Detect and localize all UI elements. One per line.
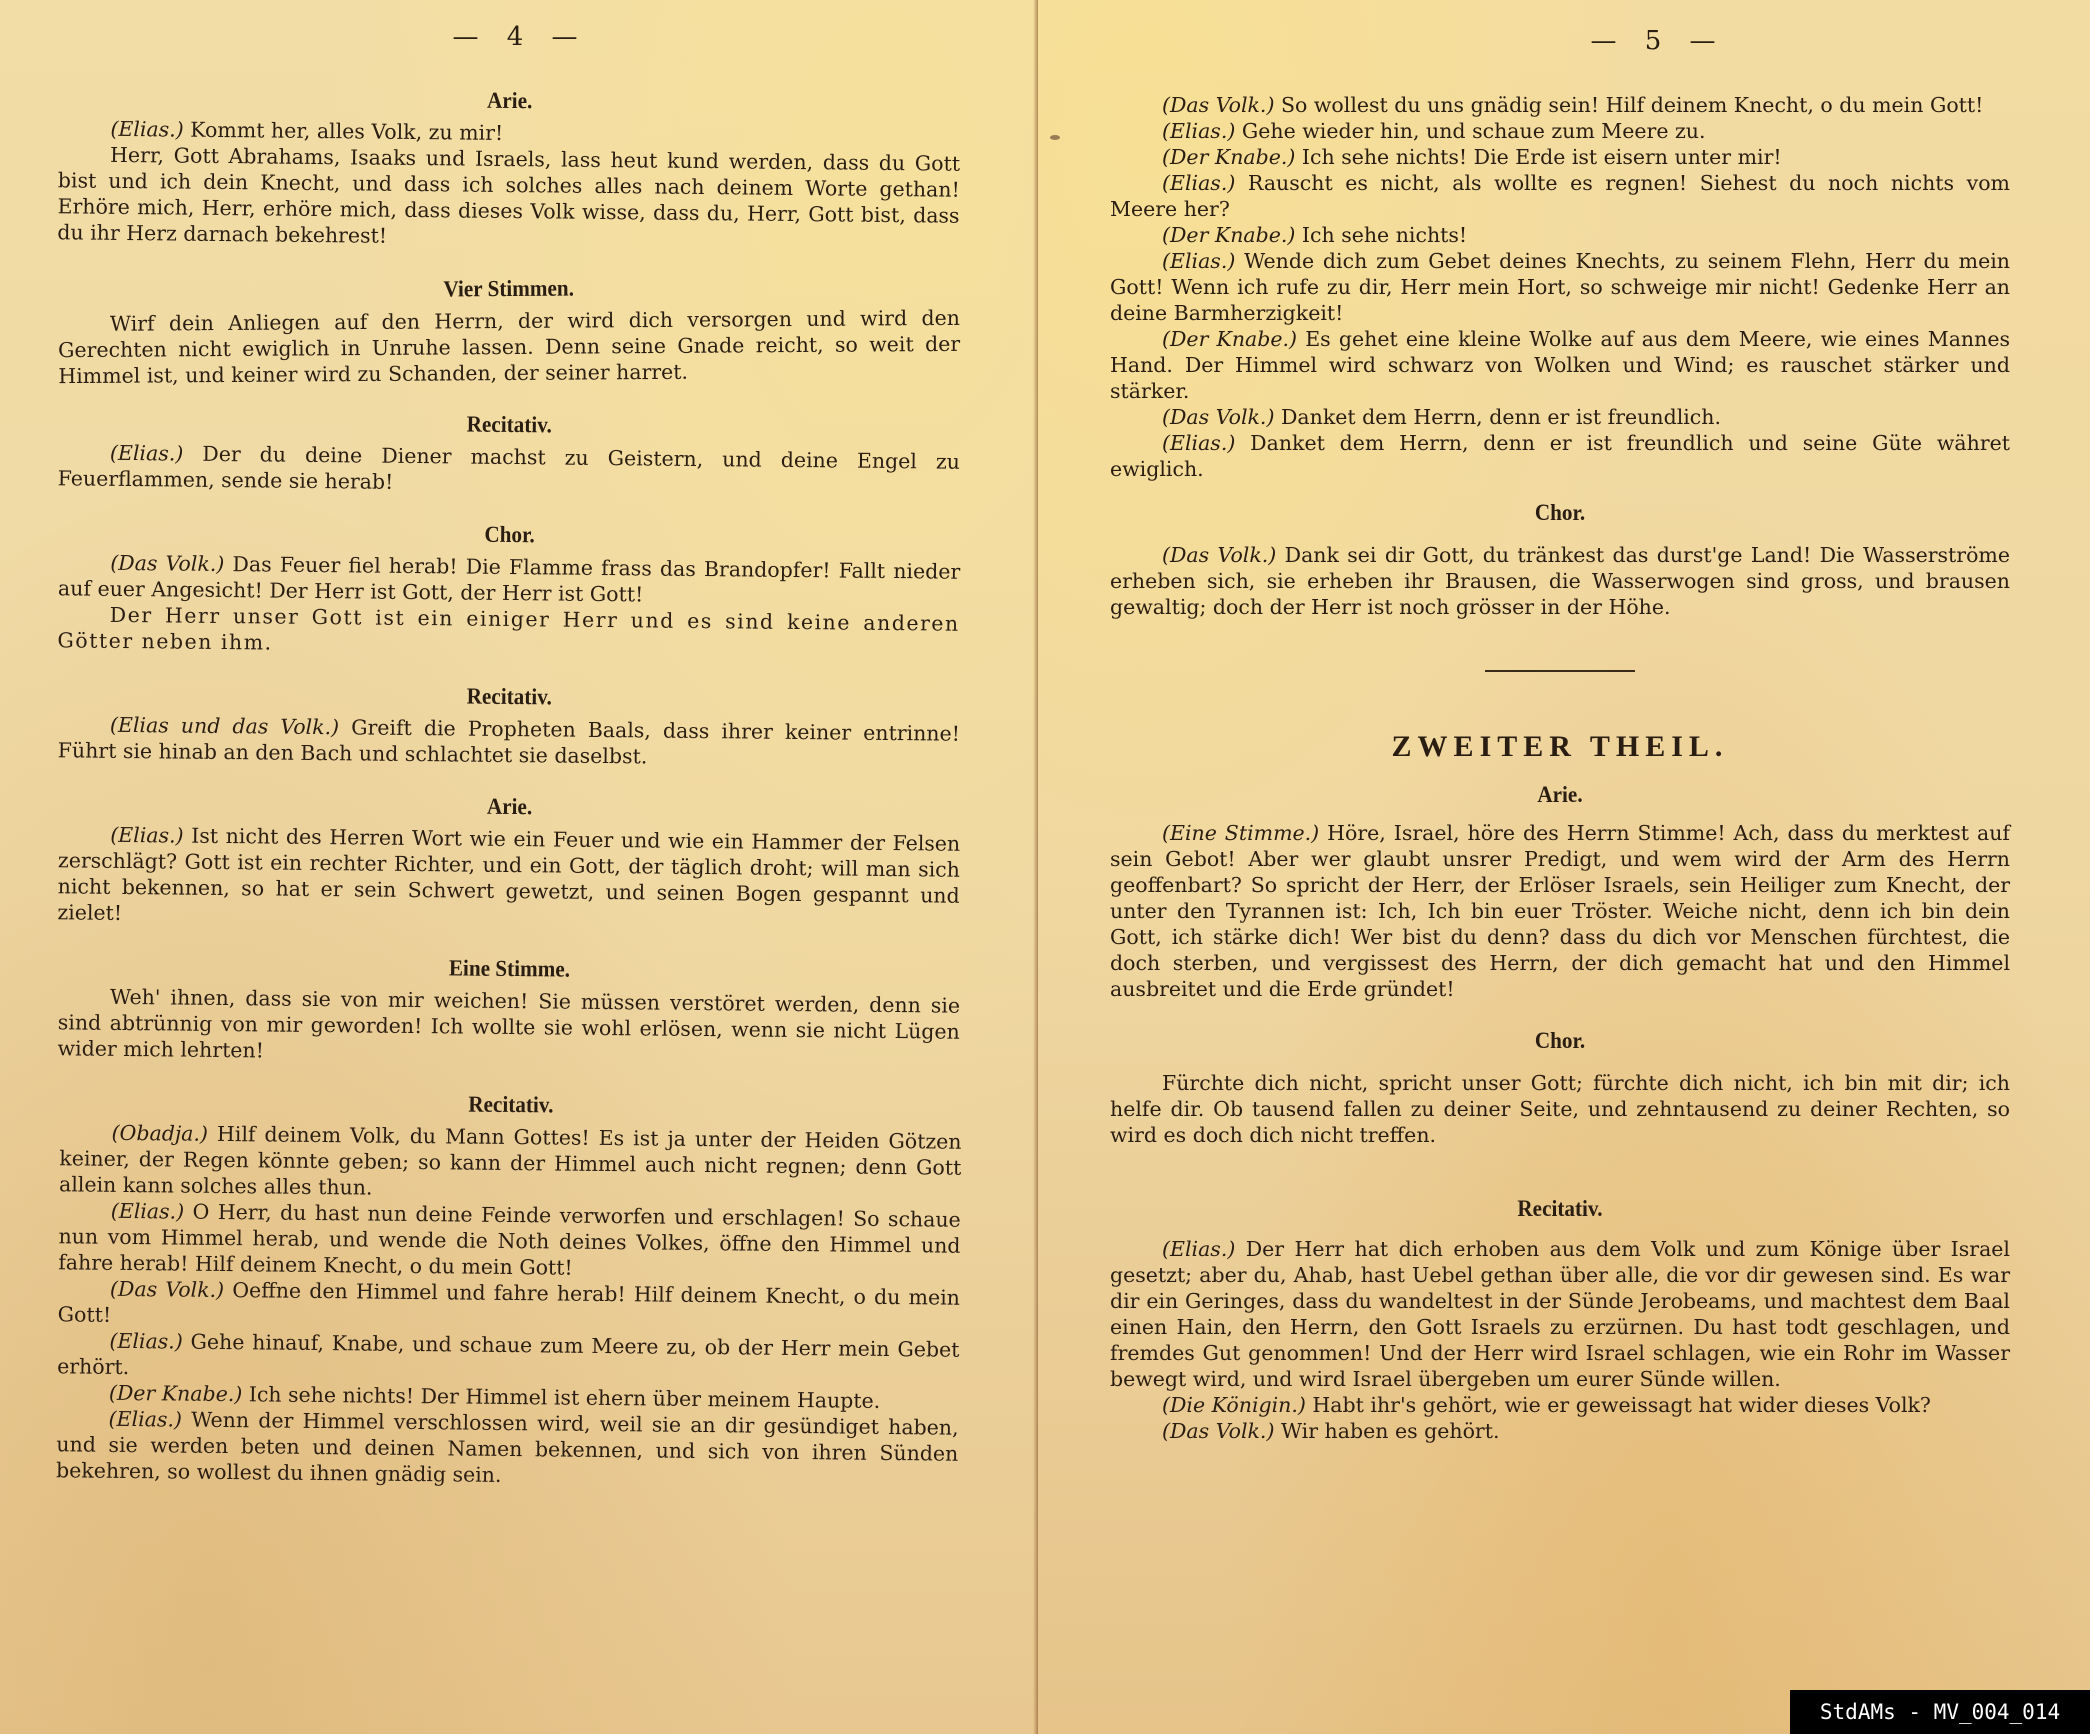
paragraph: (Elias.) Rauscht es nicht, als wollte es… bbox=[1110, 170, 2010, 222]
paragraph: (Das Volk.) Oeffne den Himmel und fahre … bbox=[58, 1275, 960, 1336]
paragraph-text: Herr, Gott Abrahams, Isaaks und Israels,… bbox=[57, 143, 960, 248]
paragraph-text: Habt ihr's gehört, wie er geweissagt hat… bbox=[1306, 1393, 1931, 1417]
paragraph: (Elias.) Wenn der Himmel verschlossen wi… bbox=[56, 1405, 959, 1492]
speaker-label: (Elias.) bbox=[1162, 1237, 1235, 1261]
speaker-label: (Elias.) bbox=[110, 441, 184, 466]
section-continued-dialogue: (Das Volk.) So wollest du uns gnädig sei… bbox=[1110, 92, 2010, 482]
section-vier-stimmen: Vier Stimmen. Wirf dein Anliegen auf den… bbox=[58, 273, 961, 389]
paragraph: (Elias.) Der Herr hat dich erhoben aus d… bbox=[1110, 1236, 2010, 1392]
paragraph-text: Danket dem Herrn, denn er ist freundlich… bbox=[1274, 405, 1721, 429]
paragraph-text: Rauscht es nicht, als wollte es regnen! … bbox=[1110, 171, 2010, 221]
paragraph-text: Weh' ihnen, dass sie von mir weichen! Si… bbox=[57, 985, 960, 1063]
paragraph-text: Der Herr hat dich erhoben aus dem Volk u… bbox=[1110, 1237, 2010, 1391]
paragraph-text: Höre, Israel, höre des Herrn Stimme! Ach… bbox=[1110, 821, 2010, 1001]
ink-spot bbox=[1050, 135, 1060, 140]
paragraph-text: Wirf dein Anliegen auf den Herrn, der wi… bbox=[58, 306, 960, 388]
speaker-label: (Das Volk.) bbox=[110, 551, 224, 576]
section-heading: Recitativ. bbox=[1146, 1196, 1974, 1222]
section-recitativ-3: Recitativ. (Obadja.) Hilf deinem Volk, d… bbox=[56, 1087, 962, 1492]
section-chor-1: Chor. (Das Volk.) Das Feuer fiel herab! … bbox=[57, 517, 960, 662]
speaker-label: (Das Volk.) bbox=[110, 1277, 224, 1302]
paragraph: Der Herr unser Gott ist ein einiger Herr… bbox=[57, 601, 959, 662]
paragraph-text: Der du deine Diener machst zu Geistern, … bbox=[58, 442, 960, 494]
paragraph: (Das Volk.) Dank sei dir Gott, du tränke… bbox=[1110, 542, 2010, 620]
paragraph: (Elias.) Gehe hinauf, Knabe, und schaue … bbox=[57, 1327, 959, 1388]
speaker-label: (Elias.) bbox=[1162, 171, 1235, 195]
right-page-text: (Das Volk.) So wollest du uns gnädig sei… bbox=[1110, 92, 2010, 1470]
section-chor-dank: Chor. (Das Volk.) Dank sei dir Gott, du … bbox=[1110, 500, 2010, 620]
section-heading: Vier Stimmen. bbox=[94, 273, 924, 305]
paragraph: (Der Knabe.) Es gehet eine kleine Wolke … bbox=[1110, 326, 2010, 404]
paragraph-text: So wollest du uns gnädig sein! Hilf dein… bbox=[1274, 93, 1983, 117]
section-eine-stimme: Eine Stimme. Weh' ihnen, dass sie von mi… bbox=[57, 951, 960, 1070]
paragraph-text: Danket dem Herrn, denn er ist freundlich… bbox=[1110, 431, 2010, 481]
paragraph: (Elias.) O Herr, du hast nun deine Feind… bbox=[58, 1197, 961, 1284]
archive-watermark-label: StdAMs - MV_004_014 bbox=[1790, 1690, 2090, 1734]
paragraph-text: Gehe wieder hin, und schaue zum Meere zu… bbox=[1235, 119, 1705, 143]
section-chor-fuerchte: Chor. Fürchte dich nicht, spricht unser … bbox=[1110, 1028, 2010, 1148]
speaker-label: (Der Knabe.) bbox=[109, 1381, 243, 1406]
right-page: — 5 — (Das Volk.) So wollest du uns gnäd… bbox=[1038, 0, 2090, 1734]
paragraph: (Das Volk.) Wir haben es gehört. bbox=[1110, 1418, 2010, 1444]
left-page: — 4 — Arie. (Elias.) Kommt her, alles Vo… bbox=[0, 0, 1038, 1734]
section-recitativ-2: Recitativ. (Elias und das Volk.) Greift … bbox=[58, 679, 961, 772]
paragraph: (Der Knabe.) Ich sehe nichts! bbox=[1110, 222, 2010, 248]
section-heading: Recitativ. bbox=[94, 680, 924, 715]
page-number-left: — 4 — bbox=[420, 22, 620, 52]
speaker-label: (Elias.) bbox=[1162, 119, 1235, 143]
paragraph-text: Fürchte dich nicht, spricht unser Gott; … bbox=[1110, 1071, 2010, 1147]
speaker-label: (Elias.) bbox=[1162, 249, 1235, 273]
paragraph: (Elias.) Danket dem Herrn, denn er ist f… bbox=[1110, 430, 2010, 482]
part-title: ZWEITER THEIL. bbox=[1110, 734, 2010, 760]
paragraph: (Elias.) Der du deine Diener machst zu G… bbox=[58, 439, 960, 500]
section-heading: Eine Stimme. bbox=[94, 952, 924, 987]
paragraph: (Elias.) Wende dich zum Gebet deines Kne… bbox=[1110, 248, 2010, 326]
speaker-label: (Elias.) bbox=[110, 117, 184, 142]
paragraph-text: Ich sehe nichts! Die Erde ist eisern unt… bbox=[1295, 145, 1781, 169]
speaker-label: (Das Volk.) bbox=[1162, 1419, 1274, 1443]
section-heading: Chor. bbox=[95, 518, 925, 553]
paragraph: Weh' ihnen, dass sie von mir weichen! Si… bbox=[57, 983, 960, 1070]
section-recitativ-ahab: Recitativ. (Elias.) Der Herr hat dich er… bbox=[1110, 1196, 2010, 1444]
section-arie-1: Arie. (Elias.) Kommt her, alles Volk, zu… bbox=[57, 83, 961, 254]
paragraph-text: Wir haben es gehört. bbox=[1274, 1419, 1499, 1443]
book-spread: — 4 — Arie. (Elias.) Kommt her, alles Vo… bbox=[0, 0, 2090, 1734]
speaker-label: (Elias und das Volk.) bbox=[110, 713, 339, 739]
paragraph: Fürchte dich nicht, spricht unser Gott; … bbox=[1110, 1070, 2010, 1148]
section-heading: Chor. bbox=[1146, 500, 1974, 526]
section-recitativ-1: Recitativ. (Elias.) Der du deine Diener … bbox=[58, 407, 961, 500]
section-heading: Recitativ. bbox=[94, 408, 924, 443]
paragraph: Herr, Gott Abrahams, Isaaks und Israels,… bbox=[57, 141, 960, 254]
paragraph: (Elias und das Volk.) Greift die Prophet… bbox=[58, 711, 960, 772]
speaker-label: (Elias.) bbox=[109, 1407, 183, 1432]
section-heading: Recitativ. bbox=[96, 1088, 926, 1123]
speaker-label: (Der Knabe.) bbox=[1162, 327, 1297, 351]
section-divider bbox=[1485, 670, 1635, 672]
paragraph: (Eine Stimme.) Höre, Israel, höre des He… bbox=[1110, 820, 2010, 1002]
paragraph-text: Wenn der Himmel verschlossen wird, weil … bbox=[56, 1408, 959, 1487]
paragraph: (Der Knabe.) Ich sehe nichts! Die Erde i… bbox=[1110, 144, 2010, 170]
section-heading: Arie. bbox=[1146, 782, 1974, 808]
speaker-label: (Das Volk.) bbox=[1162, 405, 1274, 429]
paragraph-text: Der Herr unser Gott ist ein einiger Herr… bbox=[57, 603, 959, 655]
paragraph: (Das Volk.) Danket dem Herrn, denn er is… bbox=[1110, 404, 2010, 430]
speaker-label: (Das Volk.) bbox=[1162, 543, 1276, 567]
section-arie-2: Arie. (Elias.) Ist nicht des Herren Wort… bbox=[57, 789, 960, 934]
speaker-label: (Elias.) bbox=[111, 1199, 185, 1224]
paragraph-text: Kommt her, alles Volk, zu mir! bbox=[184, 118, 504, 145]
section-heading: Arie. bbox=[95, 790, 925, 825]
paragraph: (Elias.) Gehe wieder hin, und schaue zum… bbox=[1110, 118, 2010, 144]
paragraph: (Das Volk.) Das Feuer fiel herab! Die Fl… bbox=[58, 549, 960, 610]
section-heading: Chor. bbox=[1146, 1028, 1974, 1054]
section-heading: Arie. bbox=[95, 84, 925, 119]
paragraph: (Die Königin.) Habt ihr's gehört, wie er… bbox=[1110, 1392, 2010, 1418]
speaker-label: (Elias.) bbox=[109, 1329, 183, 1354]
speaker-label: (Obadja.) bbox=[111, 1121, 208, 1146]
speaker-label: (Elias.) bbox=[1162, 431, 1235, 455]
speaker-label: (Der Knabe.) bbox=[1162, 223, 1295, 247]
paragraph-text: Gehe hinauf, Knabe, und schaue zum Meere… bbox=[57, 1330, 959, 1379]
speaker-label: (Das Volk.) bbox=[1162, 93, 1274, 117]
paragraph-text: O Herr, du hast nun deine Feinde verworf… bbox=[58, 1200, 961, 1280]
speaker-label: (Der Knabe.) bbox=[1162, 145, 1295, 169]
paragraph: Wirf dein Anliegen auf den Herrn, der wi… bbox=[58, 305, 961, 389]
left-page-text: Arie. (Elias.) Kommt her, alles Volk, zu… bbox=[58, 88, 960, 1514]
speaker-label: (Die Königin.) bbox=[1162, 1393, 1306, 1417]
paragraph-text: Ich sehe nichts! bbox=[1295, 223, 1467, 247]
paragraph: (Das Volk.) So wollest du uns gnädig sei… bbox=[1110, 92, 2010, 118]
section-arie-eine-stimme: Arie. (Eine Stimme.) Höre, Israel, höre … bbox=[1110, 782, 2010, 1002]
speaker-label: (Eine Stimme.) bbox=[1162, 821, 1319, 845]
paragraph-text: Ist nicht des Herren Wort wie ein Feuer … bbox=[57, 824, 960, 925]
paragraph-text: Wende dich zum Gebet deines Knechts, zu … bbox=[1110, 249, 2010, 325]
page-number-right: — 5 — bbox=[1558, 26, 1758, 56]
speaker-label: (Elias.) bbox=[110, 823, 184, 848]
paragraph: (Elias.) Ist nicht des Herren Wort wie e… bbox=[57, 821, 960, 934]
paragraph: (Obadja.) Hilf deinem Volk, du Mann Gott… bbox=[59, 1119, 962, 1206]
